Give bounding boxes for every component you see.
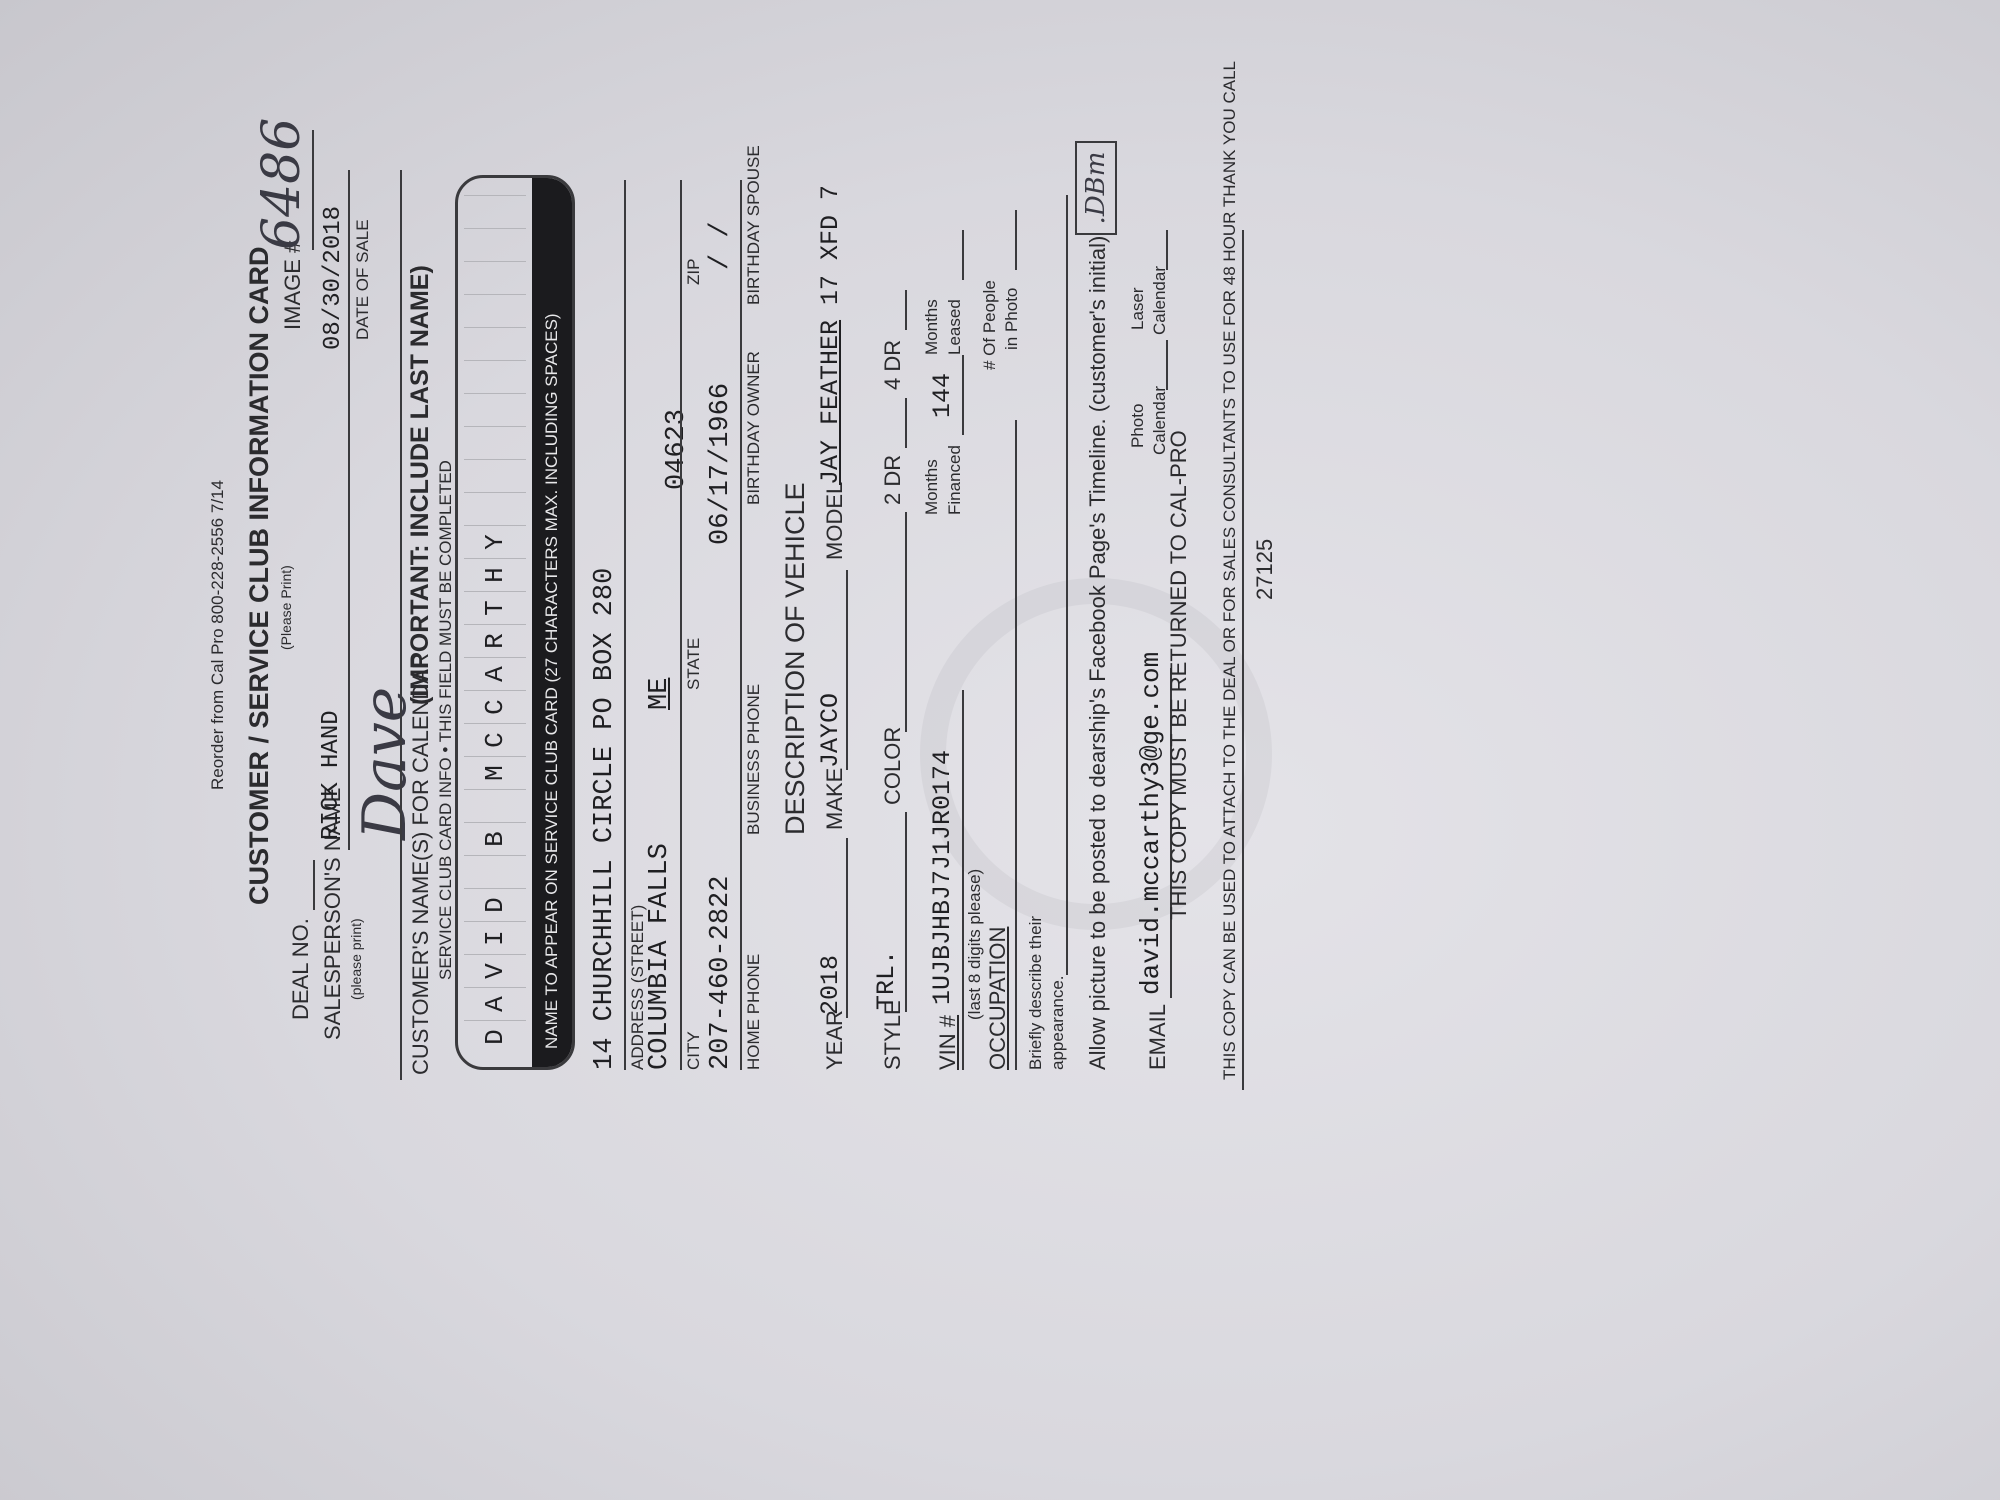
birthday-spouse-value[interactable]: / / <box>706 221 736 270</box>
facebook-consent-text: Allow picture to be posted to dearship's… <box>1085 236 1111 1070</box>
laser-calendar-label-2: Calendar <box>1150 266 1170 335</box>
year-value[interactable]: 2018 <box>816 955 845 1015</box>
zip-value[interactable]: 04623 <box>662 409 692 490</box>
occupation-label: OCCUPATION <box>985 927 1011 1070</box>
card-char-cell[interactable]: A <box>464 987 526 1020</box>
two-door-label: 2 DR <box>880 455 906 505</box>
color-label: COLOR <box>880 727 906 805</box>
describe-label-2: appearance. <box>1048 975 1068 1070</box>
card-char-cell[interactable]: Y <box>464 525 526 558</box>
email-value[interactable]: david.mccarthy3@ge.com <box>1136 652 1166 995</box>
customer-info-card: Reorder from Cal Pro 800-228-2556 7/14 C… <box>200 100 1600 1450</box>
card-char-cell[interactable] <box>464 360 526 393</box>
make-value[interactable]: JAYCO <box>816 693 845 768</box>
card-char-cell[interactable]: V <box>464 954 526 987</box>
vin-value[interactable]: 1UJBJHBJ7J1JR0174 <box>928 750 957 1005</box>
card-char-cell[interactable] <box>464 426 526 459</box>
year-label: YEAR <box>822 1010 848 1070</box>
image-number-value[interactable]: 6486 <box>252 118 312 250</box>
card-char-cell[interactable]: C <box>464 723 526 756</box>
email-label: EMAIL <box>1145 1004 1171 1070</box>
reorder-text: Reorder from Cal Pro 800-228-2556 7/14 <box>208 480 228 790</box>
facebook-initial-box[interactable]: .DBm <box>1075 141 1117 235</box>
card-char-cell[interactable] <box>464 393 526 426</box>
vin-hint: (last 8 digits please) <box>965 869 985 1020</box>
birthday-owner-label: BIRTHDAY OWNER <box>744 351 764 505</box>
footer-notice: THIS COPY CAN BE USED TO ATTACH TO THE D… <box>1220 61 1240 1080</box>
address-value[interactable]: 14 CHURCHHILL CIRCLE PO BOX 280 <box>590 568 620 1070</box>
months-leased-label-2: Leased <box>945 299 965 355</box>
card-name-chars[interactable]: DAVID B MCCARTHY <box>464 175 534 1053</box>
card-name-band: NAME TO APPEAR ON SERVICE CLUB CARD (27 … <box>532 178 572 1067</box>
four-door-label: 4 DR <box>880 340 906 390</box>
people-in-photo-label-1: # Of People <box>980 280 1000 370</box>
people-in-photo-label-2: in Photo <box>1002 288 1022 350</box>
image-number-label: IMAGE # <box>280 241 306 330</box>
birthday-owner-value[interactable]: 06/17/1966 <box>706 383 736 545</box>
card-char-cell[interactable]: H <box>464 558 526 591</box>
card-char-cell[interactable]: D <box>464 1020 526 1053</box>
card-char-cell[interactable]: R <box>464 624 526 657</box>
card-char-cell[interactable] <box>464 195 526 228</box>
service-club-card-box: DAVID B MCCARTHY NAME TO APPEAR ON SERVI… <box>455 175 575 1070</box>
vin-label: VIN # <box>935 1015 961 1070</box>
state-label: STATE <box>684 638 704 690</box>
photo-calendar-label-1: Photo <box>1128 404 1148 448</box>
city-value[interactable]: COLUMBIA FALLS <box>645 843 675 1070</box>
card-char-cell[interactable] <box>464 228 526 261</box>
salesperson-value[interactable]: RICK HAND <box>318 710 345 840</box>
model-value[interactable]: JAY FEATHER <box>816 320 845 485</box>
card-char-cell[interactable]: T <box>464 591 526 624</box>
form-title: CUSTOMER / SERVICE CLUB INFORMATION CARD <box>244 246 275 905</box>
card-char-cell[interactable]: B <box>464 822 526 855</box>
card-char-cell[interactable] <box>464 294 526 327</box>
state-value[interactable]: ME <box>645 678 675 710</box>
card-char-cell[interactable] <box>464 327 526 360</box>
city-label: CITY <box>684 1031 704 1070</box>
form-number: 27125 <box>1252 539 1278 600</box>
card-char-cell[interactable] <box>464 175 526 195</box>
card-char-cell[interactable]: D <box>464 888 526 921</box>
business-phone-label: BUSINESS PHONE <box>744 684 764 835</box>
model-label: MODEL <box>822 482 848 560</box>
card-char-cell[interactable] <box>464 492 526 525</box>
card-char-cell[interactable] <box>464 459 526 492</box>
home-phone-label: HOME PHONE <box>744 954 764 1070</box>
months-financed-label-1: Months <box>922 459 942 515</box>
salesperson-sublabel: (please print) <box>348 918 364 1000</box>
date-of-sale-label: DATE OF SALE <box>353 219 373 340</box>
model-extra[interactable]: 17 XFD 7 <box>816 185 845 305</box>
style-label: STYLE <box>880 1000 906 1070</box>
customer-names-label: CUSTOMER'S NAME(S) FOR CALENDAR <box>408 653 434 1075</box>
card-char-cell[interactable]: M <box>464 756 526 789</box>
card-char-cell[interactable]: A <box>464 657 526 690</box>
card-char-cell[interactable] <box>464 855 526 888</box>
card-char-cell[interactable] <box>464 261 526 294</box>
describe-label-1: Briefly describe their <box>1026 916 1046 1070</box>
months-financed-value[interactable]: 144 <box>928 373 957 418</box>
months-financed-label-2: Financed <box>945 445 965 515</box>
please-print-note: (Please Print) <box>278 565 294 650</box>
zip-label: ZIP <box>684 259 704 285</box>
months-leased-label-1: Months <box>922 299 942 355</box>
style-value[interactable]: TRL. <box>872 950 901 1010</box>
card-char-cell[interactable] <box>464 789 526 822</box>
birthday-spouse-label: BIRTHDAY SPOUSE <box>744 145 764 305</box>
card-char-cell[interactable]: I <box>464 921 526 954</box>
vehicle-heading: DESCRIPTION OF VEHICLE <box>780 482 811 835</box>
make-label: MAKE <box>822 768 848 830</box>
laser-calendar-label-1: Laser <box>1128 287 1148 330</box>
return-notice: THIS COPY MUST BE RETURNED TO CAL-PRO <box>1166 430 1192 920</box>
deal-no-label: DEAL NO. <box>288 918 314 1020</box>
date-of-sale-value[interactable]: 08/30/2018 <box>320 206 347 350</box>
card-info-note: SERVICE CLUB CARD INFO • THIS FIELD MUST… <box>436 460 456 980</box>
important-note: (IMPORTANT: INCLUDE LAST NAME) <box>406 265 435 705</box>
card-char-cell[interactable]: C <box>464 690 526 723</box>
home-phone-value[interactable]: 207-460-2822 <box>706 876 736 1070</box>
